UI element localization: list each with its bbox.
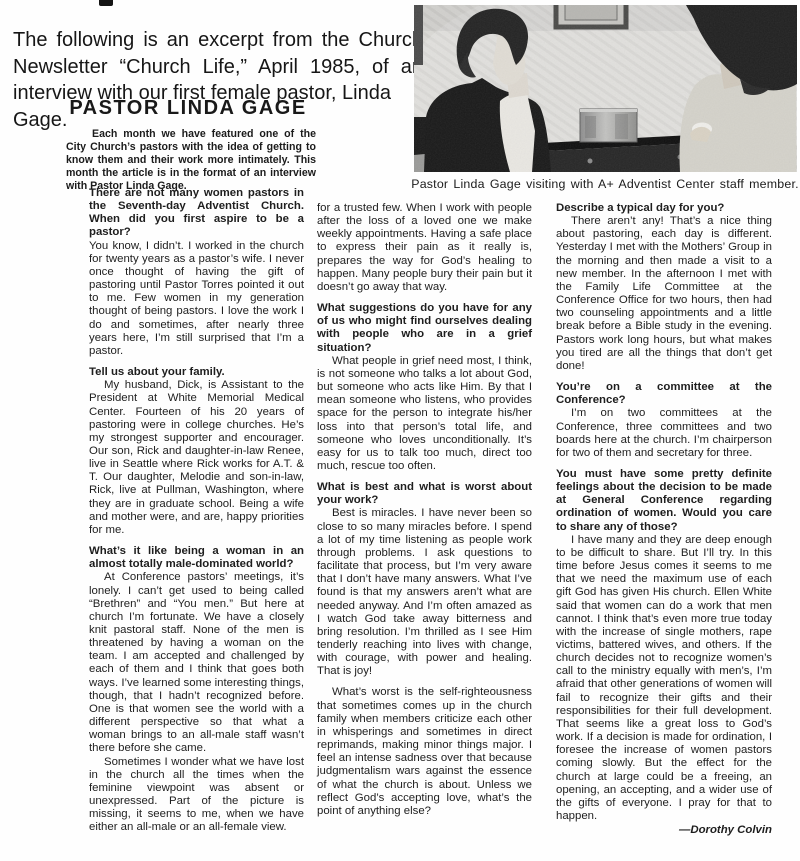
answer-block: Sometimes I wonder what we have lost in …	[89, 756, 304, 835]
answer-block: What’s worst is the self-righteousness t…	[317, 686, 532, 818]
question-block: Describe a typical day for you?	[556, 202, 772, 215]
question-block: There are not many women pastors in the …	[89, 187, 304, 240]
question-block: You must have some pretty definite feeli…	[556, 468, 772, 534]
answer-block: I’m on two committees at the Conference,…	[556, 407, 772, 460]
article-title: PASTOR LINDA GAGE	[62, 97, 314, 120]
question-block: You’re on a committee at the Conference?	[556, 381, 772, 407]
question-block: What’s it like being a woman in an almos…	[89, 545, 304, 571]
editor-note-line-1: The following is an excerpt from the Chu…	[13, 27, 423, 54]
question-block: Tell us about your family.	[89, 366, 304, 379]
answer-block: I have many and they are deep enough to …	[556, 534, 772, 823]
question-block: What suggestions do you have for any of …	[317, 302, 532, 355]
byline: —Dorothy Colvin	[556, 824, 772, 837]
editor-note-line-2: Newsletter “Church Life,” April 1985, of…	[13, 54, 423, 81]
article-lede: Each month we have featured one of the C…	[66, 128, 316, 193]
photo-illustration	[414, 5, 797, 172]
article-column-3: Describe a typical day for you?There are…	[556, 202, 772, 837]
answer-block: My husband, Dick, is Assistant to the Pr…	[89, 379, 304, 537]
newsletter-scan-page: The following is an excerpt from the Chu…	[0, 0, 800, 861]
photo-linda-gage-visiting	[414, 5, 797, 172]
answer-block: Best is miracles. I have never been so c…	[317, 507, 532, 678]
scan-artifact-mark	[99, 0, 113, 6]
question-block: What is best and what is worst about you…	[317, 481, 532, 507]
answer-block: At Conference pastors’ meetings, it’s lo…	[89, 571, 304, 755]
photo-grain	[414, 5, 797, 172]
article-column-1: There are not many women pastors in the …	[89, 187, 304, 835]
answer-block: What people in grief need most, I think,…	[317, 355, 532, 473]
answer-block: You know, I didn’t. I worked in the chur…	[89, 240, 304, 358]
photo-caption: Pastor Linda Gage visiting with A+ Adven…	[410, 177, 800, 191]
answer-block: There aren’t any! That’s a nice thing ab…	[556, 215, 772, 373]
article-column-2: for a trusted few. When I work with peop…	[317, 202, 532, 818]
answer-block: for a trusted few. When I work with peop…	[317, 202, 532, 294]
